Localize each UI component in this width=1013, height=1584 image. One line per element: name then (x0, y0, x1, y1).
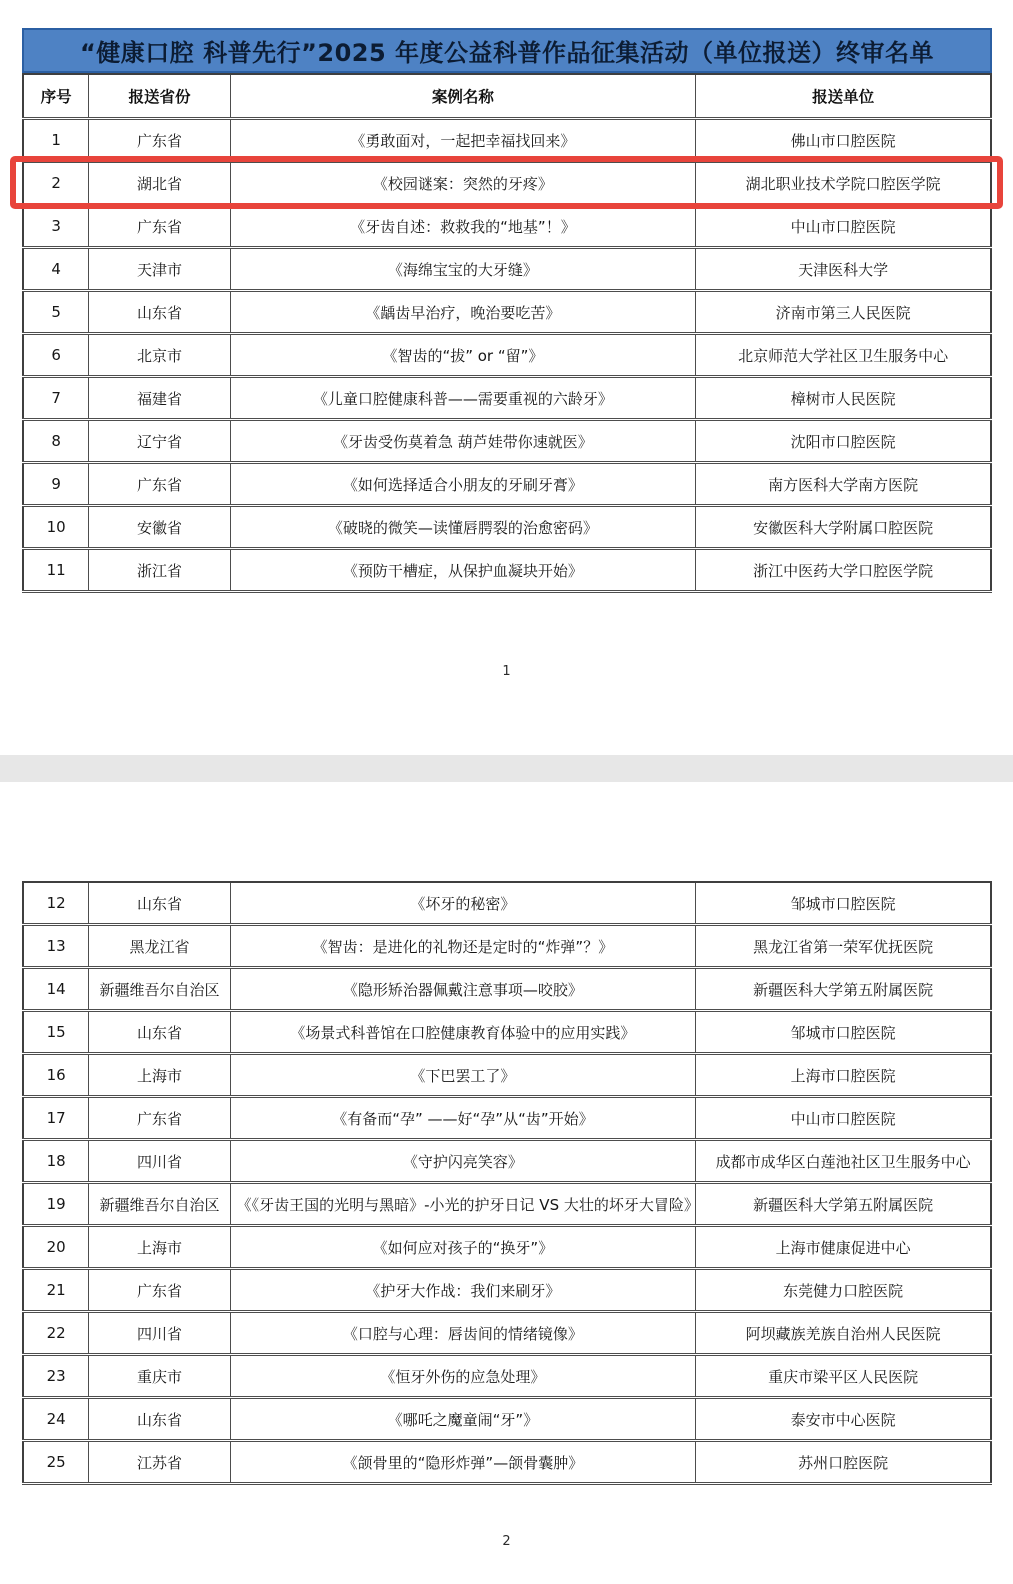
page-gap-divider (0, 755, 1013, 782)
cell-unit: 重庆市梁平区人民医院 (696, 1355, 991, 1398)
cell-case-title: 《口腔与心理：唇齿间的情绪镜像》 (230, 1312, 696, 1355)
column-header: 报送单位 (696, 74, 991, 119)
cell-unit: 樟树市人民医院 (696, 377, 991, 420)
table-row: 2湖北省《校园谜案：突然的牙疼》湖北职业技术学院口腔医学院 (23, 162, 991, 205)
cell-unit: 济南市第三人民医院 (696, 291, 991, 334)
table-row: 22四川省《口腔与心理：唇齿间的情绪镜像》阿坝藏族羌族自治州人民医院 (23, 1312, 991, 1355)
table-row: 4天津市《海绵宝宝的大牙缝》天津医科大学 (23, 248, 991, 291)
cell-case-title: 《有备而“孕” ——好“孕”从“齿”开始》 (230, 1097, 696, 1140)
cell-serial-number: 10 (23, 506, 89, 549)
cell-case-title: 《隐形矫治器佩戴注意事项—咬胶》 (230, 968, 696, 1011)
cell-serial-number: 23 (23, 1355, 89, 1398)
cell-unit: 南方医科大学南方医院 (696, 463, 991, 506)
table-page-1: 序号报送省份案例名称报送单位1广东省《勇敢面对，一起把幸福找回来》佛山市口腔医院… (22, 73, 992, 593)
table-row: 15山东省《场景式科普馆在口腔健康教育体验中的应用实践》邹城市口腔医院 (23, 1011, 991, 1054)
cell-serial-number: 17 (23, 1097, 89, 1140)
cell-serial-number: 13 (23, 925, 89, 968)
cell-province: 浙江省 (89, 549, 230, 592)
cell-case-title: 《海绵宝宝的大牙缝》 (230, 248, 696, 291)
cell-unit: 中山市口腔医院 (696, 205, 991, 248)
cell-case-title: 《下巴罢工了》 (230, 1054, 696, 1097)
cell-unit: 邹城市口腔医院 (696, 882, 991, 925)
column-header: 序号 (23, 74, 89, 119)
final-list-table-page-2: 12山东省《坏牙的秘密》邹城市口腔医院13黑龙江省《智齿：是进化的礼物还是定时的… (22, 881, 992, 1485)
table-header-row: 序号报送省份案例名称报送单位 (23, 74, 991, 119)
table-row: 3广东省《牙齿自述：救救我的“地基”！》中山市口腔医院 (23, 205, 991, 248)
page-number: 2 (0, 1534, 1013, 1549)
cell-serial-number: 14 (23, 968, 89, 1011)
table-row: 18四川省《守护闪亮笑容》成都市成华区白莲池社区卫生服务中心 (23, 1140, 991, 1183)
cell-unit: 东莞健力口腔医院 (696, 1269, 991, 1312)
cell-serial-number: 22 (23, 1312, 89, 1355)
cell-serial-number: 15 (23, 1011, 89, 1054)
cell-case-title: 《护牙大作战：我们来刷牙》 (230, 1269, 696, 1312)
cell-unit: 上海市健康促进中心 (696, 1226, 991, 1269)
cell-province: 广东省 (89, 1097, 230, 1140)
table-body: 序号报送省份案例名称报送单位1广东省《勇敢面对，一起把幸福找回来》佛山市口腔医院… (23, 74, 991, 592)
column-header: 报送省份 (89, 74, 230, 119)
cell-province: 江苏省 (89, 1441, 230, 1484)
cell-province: 山东省 (89, 882, 230, 925)
cell-province: 四川省 (89, 1312, 230, 1355)
cell-unit: 上海市口腔医院 (696, 1054, 991, 1097)
cell-case-title: 《如何选择适合小朋友的牙刷牙膏》 (230, 463, 696, 506)
cell-serial-number: 11 (23, 549, 89, 592)
table-row: 8辽宁省《牙齿受伤莫着急 葫芦娃带你速就医》沈阳市口腔医院 (23, 420, 991, 463)
cell-unit: 成都市成华区白莲池社区卫生服务中心 (696, 1140, 991, 1183)
cell-province: 辽宁省 (89, 420, 230, 463)
cell-serial-number: 16 (23, 1054, 89, 1097)
cell-unit: 苏州口腔医院 (696, 1441, 991, 1484)
table-row: 7福建省《儿童口腔健康科普——需要重视的六龄牙》樟树市人民医院 (23, 377, 991, 420)
cell-serial-number: 24 (23, 1398, 89, 1441)
cell-province: 新疆维吾尔自治区 (89, 968, 230, 1011)
cell-case-title: 《智齿的“拔” or “留”》 (230, 334, 696, 377)
cell-serial-number: 9 (23, 463, 89, 506)
cell-case-title: 《智齿：是进化的礼物还是定时的“炸弹”？》 (230, 925, 696, 968)
cell-unit: 湖北职业技术学院口腔医学院 (696, 162, 991, 205)
cell-province: 黑龙江省 (89, 925, 230, 968)
cell-serial-number: 25 (23, 1441, 89, 1484)
cell-unit: 泰安市中心医院 (696, 1398, 991, 1441)
cell-unit: 新疆医科大学第五附属医院 (696, 968, 991, 1011)
cell-serial-number: 2 (23, 162, 89, 205)
cell-case-title: 《恒牙外伤的应急处理》 (230, 1355, 696, 1398)
cell-serial-number: 19 (23, 1183, 89, 1226)
cell-province: 四川省 (89, 1140, 230, 1183)
cell-province: 广东省 (89, 463, 230, 506)
column-header: 案例名称 (230, 74, 696, 119)
cell-serial-number: 12 (23, 882, 89, 925)
table-row: 6北京市《智齿的“拔” or “留”》北京师范大学社区卫生服务中心 (23, 334, 991, 377)
table-row: 10安徽省《破晓的微笑—读懂唇腭裂的治愈密码》安徽医科大学附属口腔医院 (23, 506, 991, 549)
table-row: 1广东省《勇敢面对，一起把幸福找回来》佛山市口腔医院 (23, 119, 991, 162)
table-row: 12山东省《坏牙的秘密》邹城市口腔医院 (23, 882, 991, 925)
cell-case-title: 《校园谜案：突然的牙疼》 (230, 162, 696, 205)
cell-case-title: 《预防干槽症，从保护血凝块开始》 (230, 549, 696, 592)
table-row: 17广东省《有备而“孕” ——好“孕”从“齿”开始》中山市口腔医院 (23, 1097, 991, 1140)
page-number: 1 (0, 664, 1013, 679)
cell-case-title: 《颌骨里的“隐形炸弹”—颌骨囊肿》 (230, 1441, 696, 1484)
cell-case-title: 《哪吒之魔童闹“牙”》 (230, 1398, 696, 1441)
cell-case-title: 《破晓的微笑—读懂唇腭裂的治愈密码》 (230, 506, 696, 549)
cell-province: 北京市 (89, 334, 230, 377)
table-row: 25江苏省《颌骨里的“隐形炸弹”—颌骨囊肿》苏州口腔医院 (23, 1441, 991, 1484)
cell-unit: 邹城市口腔医院 (696, 1011, 991, 1054)
cell-province: 湖北省 (89, 162, 230, 205)
table-row: 20上海市《如何应对孩子的“换牙”》上海市健康促进中心 (23, 1226, 991, 1269)
cell-serial-number: 3 (23, 205, 89, 248)
cell-unit: 中山市口腔医院 (696, 1097, 991, 1140)
cell-serial-number: 21 (23, 1269, 89, 1312)
cell-province: 安徽省 (89, 506, 230, 549)
cell-unit: 北京师范大学社区卫生服务中心 (696, 334, 991, 377)
cell-province: 福建省 (89, 377, 230, 420)
cell-unit: 黑龙江省第一荣军优抚医院 (696, 925, 991, 968)
cell-unit: 浙江中医药大学口腔医学院 (696, 549, 991, 592)
cell-serial-number: 4 (23, 248, 89, 291)
cell-province: 山东省 (89, 291, 230, 334)
cell-case-title: 《如何应对孩子的“换牙”》 (230, 1226, 696, 1269)
final-list-table-page-1: 序号报送省份案例名称报送单位1广东省《勇敢面对，一起把幸福找回来》佛山市口腔医院… (22, 73, 992, 593)
cell-province: 山东省 (89, 1011, 230, 1054)
cell-case-title: 《场景式科普馆在口腔健康教育体验中的应用实践》 (230, 1011, 696, 1054)
cell-serial-number: 20 (23, 1226, 89, 1269)
cell-unit: 新疆医科大学第五附属医院 (696, 1183, 991, 1226)
cell-case-title: 《《牙齿王国的光明与黑暗》-小光的护牙日记 VS 大壮的坏牙大冒险》 (230, 1183, 696, 1226)
cell-case-title: 《牙齿受伤莫着急 葫芦娃带你速就医》 (230, 420, 696, 463)
cell-province: 广东省 (89, 205, 230, 248)
cell-unit: 沈阳市口腔医院 (696, 420, 991, 463)
cell-province: 上海市 (89, 1226, 230, 1269)
document-title-bar: “健康口腔 科普先行”2025 年度公益科普作品征集活动（单位报送）终审名单 (22, 28, 992, 73)
cell-case-title: 《儿童口腔健康科普——需要重视的六龄牙》 (230, 377, 696, 420)
cell-serial-number: 5 (23, 291, 89, 334)
cell-case-title: 《牙齿自述：救救我的“地基”！》 (230, 205, 696, 248)
table-row: 19新疆维吾尔自治区《《牙齿王国的光明与黑暗》-小光的护牙日记 VS 大壮的坏牙… (23, 1183, 991, 1226)
cell-case-title: 《守护闪亮笑容》 (230, 1140, 696, 1183)
table-row: 21广东省《护牙大作战：我们来刷牙》东莞健力口腔医院 (23, 1269, 991, 1312)
table-row: 16上海市《下巴罢工了》上海市口腔医院 (23, 1054, 991, 1097)
cell-province: 重庆市 (89, 1355, 230, 1398)
cell-province: 上海市 (89, 1054, 230, 1097)
cell-case-title: 《勇敢面对，一起把幸福找回来》 (230, 119, 696, 162)
cell-case-title: 《坏牙的秘密》 (230, 882, 696, 925)
cell-serial-number: 1 (23, 119, 89, 162)
table-row: 13黑龙江省《智齿：是进化的礼物还是定时的“炸弹”？》黑龙江省第一荣军优抚医院 (23, 925, 991, 968)
cell-serial-number: 18 (23, 1140, 89, 1183)
cell-serial-number: 8 (23, 420, 89, 463)
cell-province: 新疆维吾尔自治区 (89, 1183, 230, 1226)
table-row: 14新疆维吾尔自治区《隐形矫治器佩戴注意事项—咬胶》新疆医科大学第五附属医院 (23, 968, 991, 1011)
cell-unit: 佛山市口腔医院 (696, 119, 991, 162)
table-page-2: 12山东省《坏牙的秘密》邹城市口腔医院13黑龙江省《智齿：是进化的礼物还是定时的… (22, 881, 992, 1485)
table-row: 5山东省《龋齿早治疗，晚治要吃苦》济南市第三人民医院 (23, 291, 991, 334)
cell-province: 广东省 (89, 119, 230, 162)
cell-province: 广东省 (89, 1269, 230, 1312)
cell-province: 天津市 (89, 248, 230, 291)
cell-unit: 阿坝藏族羌族自治州人民医院 (696, 1312, 991, 1355)
document-title: “健康口腔 科普先行”2025 年度公益科普作品征集活动（单位报送）终审名单 (80, 33, 934, 68)
cell-province: 山东省 (89, 1398, 230, 1441)
table-row: 9广东省《如何选择适合小朋友的牙刷牙膏》南方医科大学南方医院 (23, 463, 991, 506)
cell-case-title: 《龋齿早治疗，晚治要吃苦》 (230, 291, 696, 334)
table-body: 12山东省《坏牙的秘密》邹城市口腔医院13黑龙江省《智齿：是进化的礼物还是定时的… (23, 882, 991, 1484)
cell-unit: 天津医科大学 (696, 248, 991, 291)
cell-unit: 安徽医科大学附属口腔医院 (696, 506, 991, 549)
table-row: 23重庆市《恒牙外伤的应急处理》重庆市梁平区人民医院 (23, 1355, 991, 1398)
cell-serial-number: 6 (23, 334, 89, 377)
cell-serial-number: 7 (23, 377, 89, 420)
table-row: 11浙江省《预防干槽症，从保护血凝块开始》浙江中医药大学口腔医学院 (23, 549, 991, 592)
table-row: 24山东省《哪吒之魔童闹“牙”》泰安市中心医院 (23, 1398, 991, 1441)
